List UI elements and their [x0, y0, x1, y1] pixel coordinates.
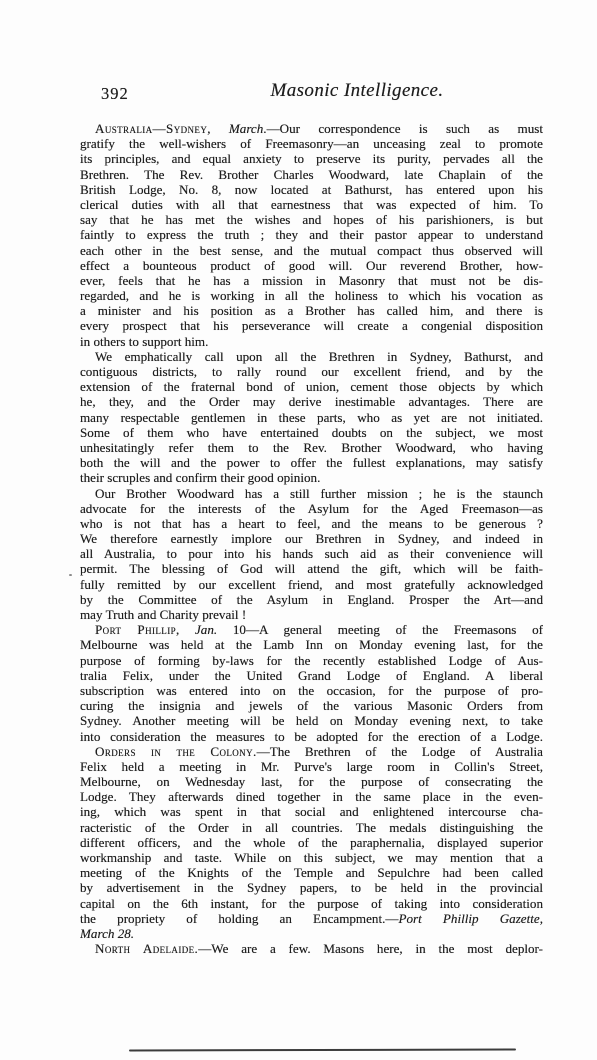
text-line: permit. The blessing of God will attend …: [80, 561, 543, 576]
text-segment: Our Brother Woodward has a still further…: [95, 486, 543, 501]
text-line: every prospect that his perseverance wil…: [80, 318, 543, 333]
text-line: all Australia, to pour into his hands su…: [80, 546, 543, 561]
text-segment: We emphatically call upon all the Brethr…: [95, 349, 543, 364]
text-segment: regarded, and he is working in all the h…: [80, 288, 543, 303]
text-segment: a minister and his position as a Brother…: [80, 303, 543, 318]
text-line: capital on the 6th instant, for the purp…: [80, 896, 543, 911]
text-segment: gratify the well-wishers of Freemasonry—…: [80, 136, 543, 151]
text-segment: .—Our correspondence is such as must: [263, 121, 543, 136]
text-line: both the will and the power to offer the…: [80, 455, 543, 470]
text-segment: Brethren. The Rev. Brother Charles Woodw…: [80, 167, 543, 182]
scan-artifact-line: [129, 1048, 516, 1051]
small-caps-text: Orders in the Colony.: [95, 744, 257, 759]
text-line: contiguous districts, to rally round our…: [80, 364, 543, 379]
text-segment: the propriety of holding an Encampment.—: [80, 911, 398, 926]
text-segment: Melbourne was held at the Lamb Inn on Mo…: [80, 637, 543, 652]
text-line: Orders in the Colony.—The Brethren of th…: [80, 744, 543, 759]
scanned-page: 392 Masonic Intelligence. Australia—Sydn…: [0, 0, 597, 1060]
text-segment: Melbourne, on Wednesday last, for the pu…: [80, 774, 543, 789]
paragraph: We emphatically call upon all the Brethr…: [80, 349, 543, 486]
text-line: advocate for the interests of the Asylum…: [80, 501, 543, 516]
text-segment: ,: [207, 121, 229, 136]
text-segment: tralia Felix, under the United Grand Lod…: [80, 668, 543, 683]
text-segment: he, they, and the Order may derive inest…: [80, 394, 543, 409]
text-segment: its principles, and equal anxiety to pre…: [80, 151, 543, 166]
text-segment: Lodge. They afterwards dined together in…: [80, 789, 543, 804]
text-segment: extension of the fraternal bond of union…: [80, 379, 543, 394]
text-segment: Some of them who have entertained doubts…: [80, 425, 543, 440]
text-segment: We therefore earnestly implore our Breth…: [80, 531, 543, 546]
text-segment: every prospect that his perseverance wil…: [80, 318, 543, 333]
text-line: racteristic of the Order in all countrie…: [80, 820, 543, 835]
text-segment: advocate for the interests of the Asylum…: [80, 501, 543, 516]
text-segment: ,: [176, 622, 195, 637]
text-line: Brethren. The Rev. Brother Charles Woodw…: [80, 167, 543, 182]
text-segment: contiguous districts, to rally round our…: [80, 364, 543, 379]
text-line: many respectable gentlemen in these part…: [80, 410, 543, 425]
text-segment: all Australia, to pour into his hands su…: [80, 546, 543, 561]
text-line: unhesitatingly refer them to the Rev. Br…: [80, 440, 543, 455]
paragraph: Orders in the Colony.—The Brethren of th…: [80, 744, 543, 941]
text-segment: capital on the 6th instant, for the purp…: [80, 896, 543, 911]
text-line: Our Brother Woodward has a still further…: [80, 486, 543, 501]
text-line: British Lodge, No. 8, now located at Bat…: [80, 182, 543, 197]
text-segment: say that he has met the wishes and hopes…: [80, 212, 543, 227]
small-caps-text: North Adelaide.: [95, 941, 198, 956]
text-segment: their scruples and confirm their good op…: [80, 470, 320, 485]
text-segment: by the Committee of the Asylum in Englan…: [80, 592, 543, 607]
text-line: curing the insignia and jewels of the va…: [80, 698, 543, 713]
text-line: We therefore earnestly implore our Breth…: [80, 531, 543, 546]
text-segment: in others to support him.: [80, 334, 208, 349]
page-number: 392: [101, 84, 129, 104]
text-segment: Sydney. Another meeting will be held on …: [80, 713, 543, 728]
italic-text: March: [229, 121, 263, 136]
text-segment: —The Brethren of the Lodge of Australia: [257, 744, 543, 759]
text-line: North Adelaide.—We are a few. Masons her…: [80, 941, 543, 956]
text-line: Lodge. They afterwards dined together in…: [80, 789, 543, 804]
text-segment: different officers, and the whole of the…: [80, 835, 543, 850]
text-segment: may Truth and Charity prevail !: [80, 607, 246, 622]
text-line: by the Committee of the Asylum in Englan…: [80, 592, 543, 607]
text-line: Australia—Sydney, March.—Our corresponde…: [80, 121, 543, 136]
text-segment: subscription was entered into on the occ…: [80, 683, 543, 698]
text-segment: permit. The blessing of God will attend …: [80, 561, 543, 576]
text-line: into consideration the measures to be ad…: [80, 729, 543, 744]
text-line: faintly to express the truth ; they and …: [80, 227, 543, 242]
text-line: Felix held a meeting in Mr. Purve's larg…: [80, 759, 543, 774]
text-line: regarded, and he is working in all the h…: [80, 288, 543, 303]
text-segment: purpose of forming by-laws for the recen…: [80, 653, 543, 668]
text-line: the propriety of holding an Encampment.—…: [80, 911, 543, 926]
text-line: say that he has met the wishes and hopes…: [80, 212, 543, 227]
text-segment: into consideration the measures to be ad…: [80, 729, 543, 744]
text-line: each other in the best sense, and the mu…: [80, 243, 543, 258]
text-line: ever, feels that he has a mission in Mas…: [80, 273, 543, 288]
text-segment: 10—A general meeting of the Freemasons o…: [217, 622, 543, 637]
text-line: Melbourne, on Wednesday last, for the pu…: [80, 774, 543, 789]
text-line: in others to support him.: [80, 334, 543, 349]
text-line: purpose of forming by-laws for the recen…: [80, 653, 543, 668]
text-line: ing, which was spent in that social and …: [80, 804, 543, 819]
italic-text: Port Phillip Gazette,: [398, 911, 543, 926]
text-segment: ing, which was spent in that social and …: [80, 804, 543, 819]
text-segment: unhesitatingly refer them to the Rev. Br…: [80, 440, 543, 455]
text-segment: by advertisement in the Sydney papers, t…: [80, 880, 543, 895]
text-segment: Felix held a meeting in Mr. Purve's larg…: [80, 759, 543, 774]
paragraph: Our Brother Woodward has a still further…: [80, 486, 543, 623]
text-line: effect a bounteous product of good will.…: [80, 258, 543, 273]
text-segment: —We are a few. Masons here, in the most …: [198, 941, 543, 956]
text-line: fully remitted by our excellent friend, …: [80, 577, 543, 592]
paragraph: Port Phillip, Jan. 10—A general meeting …: [80, 622, 543, 744]
body-text: Australia—Sydney, March.—Our corresponde…: [80, 121, 543, 956]
text-line: Sydney. Another meeting will be held on …: [80, 713, 543, 728]
scan-artifact-dot: [69, 574, 72, 576]
text-line: different officers, and the whole of the…: [80, 835, 543, 850]
text-segment: curing the insignia and jewels of the va…: [80, 698, 543, 713]
text-segment: both the will and the power to offer the…: [80, 455, 543, 470]
italic-text: Jan.: [195, 622, 217, 637]
text-segment: ever, feels that he has a mission in Mas…: [80, 273, 543, 288]
text-segment: clerical duties with all that earnestnes…: [80, 197, 543, 212]
text-line: its principles, and equal anxiety to pre…: [80, 151, 543, 166]
text-line: tralia Felix, under the United Grand Lod…: [80, 668, 543, 683]
text-line: their scruples and confirm their good op…: [80, 470, 543, 485]
text-line: by advertisement in the Sydney papers, t…: [80, 880, 543, 895]
text-segment: many respectable gentlemen in these part…: [80, 410, 543, 425]
small-caps-text: Port Phillip: [95, 622, 176, 637]
text-segment: meeting of the Knights of the Temple and…: [80, 865, 543, 880]
text-line: We emphatically call upon all the Brethr…: [80, 349, 543, 364]
text-line: extension of the fraternal bond of union…: [80, 379, 543, 394]
text-line: workmanship and taste. While on this sub…: [80, 850, 543, 865]
text-line: a minister and his position as a Brother…: [80, 303, 543, 318]
text-line: who is not that has a heart to feel, and…: [80, 516, 543, 531]
text-segment: who is not that has a heart to feel, and…: [80, 516, 543, 531]
text-segment: each other in the best sense, and the mu…: [80, 243, 543, 258]
text-line: subscription was entered into on the occ…: [80, 683, 543, 698]
text-line: Melbourne was held at the Lamb Inn on Mo…: [80, 637, 543, 652]
text-line: he, they, and the Order may derive inest…: [80, 394, 543, 409]
paragraph: North Adelaide.—We are a few. Masons her…: [80, 941, 543, 956]
text-segment: workmanship and taste. While on this sub…: [80, 850, 543, 865]
text-segment: racteristic of the Order in all countrie…: [80, 820, 543, 835]
paragraph: Australia—Sydney, March.—Our corresponde…: [80, 121, 543, 349]
italic-text: March 28.: [80, 926, 134, 941]
text-line: clerical duties with all that earnestnes…: [80, 197, 543, 212]
text-segment: faintly to express the truth ; they and …: [80, 227, 543, 242]
text-line: Port Phillip, Jan. 10—A general meeting …: [80, 622, 543, 637]
text-line: Some of them who have entertained doubts…: [80, 425, 543, 440]
running-title: Masonic Intelligence.: [270, 80, 443, 102]
text-line: March 28.: [80, 926, 543, 941]
text-line: gratify the well-wishers of Freemasonry—…: [80, 136, 543, 151]
text-segment: British Lodge, No. 8, now located at Bat…: [80, 182, 543, 197]
text-segment: effect a bounteous product of good will.…: [80, 258, 543, 273]
text-segment: fully remitted by our excellent friend, …: [80, 577, 543, 592]
small-caps-text: Australia—Sydney: [95, 121, 207, 136]
text-line: meeting of the Knights of the Temple and…: [80, 865, 543, 880]
text-line: may Truth and Charity prevail !: [80, 607, 543, 622]
